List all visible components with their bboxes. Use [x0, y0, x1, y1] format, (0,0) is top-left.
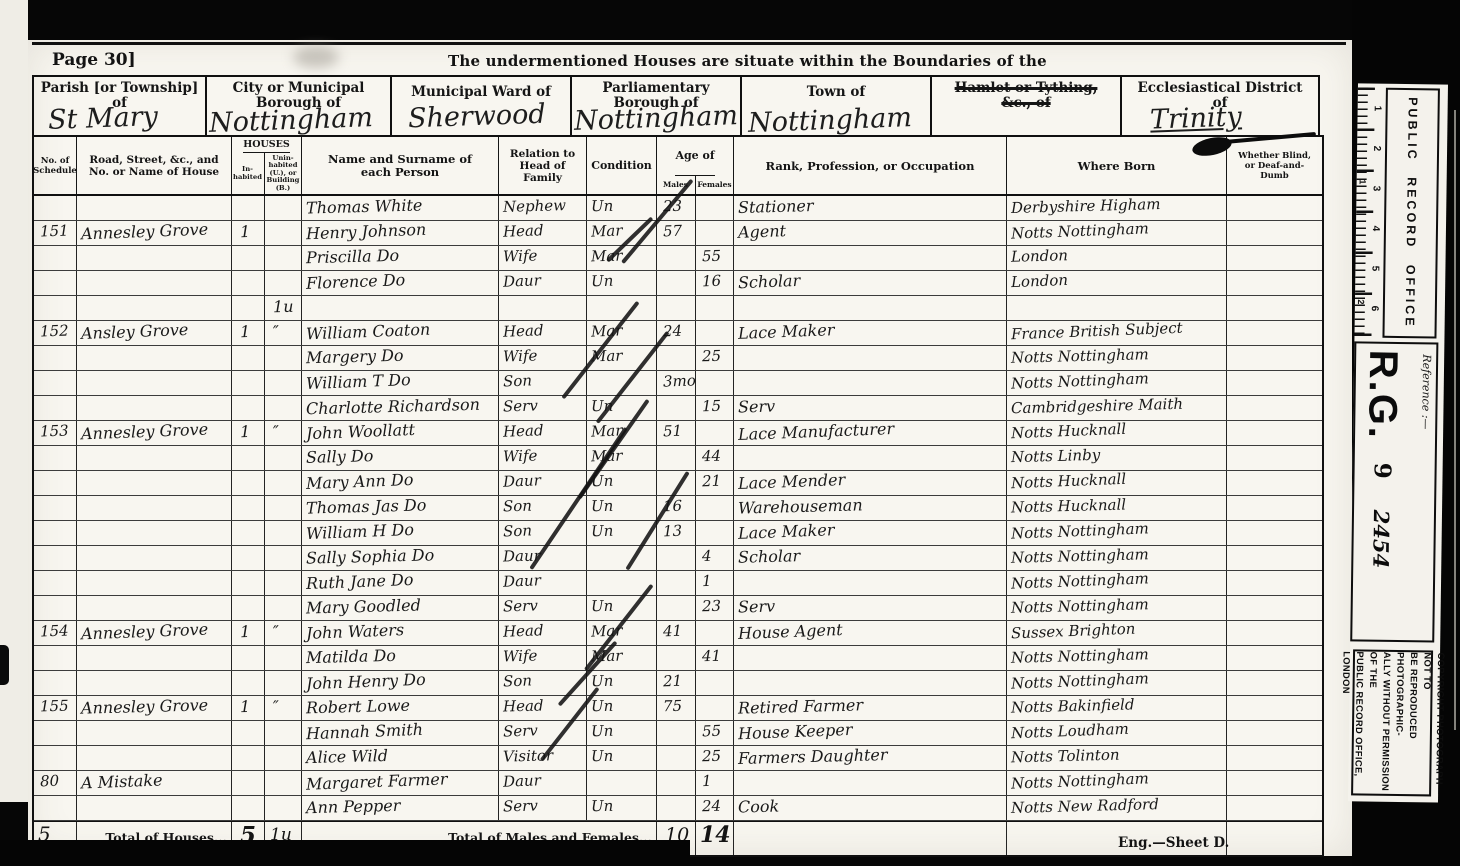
cell-name: Thomas Jas Do — [302, 496, 499, 520]
cell-occupation — [734, 346, 1007, 370]
cell-schedule — [34, 396, 77, 420]
ruler-number: 5 — [1369, 266, 1380, 272]
cell-born: Notts Loudham — [1007, 721, 1227, 745]
cell-age_m — [657, 246, 696, 270]
handwritten-name: Florence Do — [306, 270, 406, 293]
cell-blind — [1227, 596, 1322, 620]
handwritten-occupation: Warehouseman — [738, 495, 863, 517]
cell-born: France British Subject — [1007, 321, 1227, 345]
cell-relation: Daur — [499, 771, 587, 795]
cell-inh — [232, 571, 265, 595]
cell-age_f — [696, 671, 734, 695]
cell-road — [77, 396, 232, 420]
field-label: Municipal Ward of — [405, 85, 557, 100]
cell-name: Matilda Do — [302, 646, 499, 670]
cell-uninh: 1u — [265, 296, 302, 320]
cell-age_m — [657, 571, 696, 595]
cell-inh — [232, 646, 265, 670]
cell-born: Notts Linby — [1007, 446, 1227, 470]
cell-born: Sussex Brighton — [1007, 621, 1227, 645]
cell-age_m: 57 — [657, 221, 696, 245]
cell-inh — [232, 346, 265, 370]
handwritten-schedule: 153 — [40, 421, 69, 440]
handwritten-born: Notts Nottingham — [1011, 595, 1149, 617]
cell-condition — [587, 546, 657, 570]
cell-uninh — [265, 271, 302, 295]
field-ecclesiastical-district: Ecclesiastical District of Trinity — [1122, 77, 1318, 135]
cell-occupation: Warehouseman — [734, 496, 1007, 520]
handwritten-born: Notts New Radford — [1011, 795, 1159, 817]
cell-occupation: Lace Mender — [734, 471, 1007, 495]
handwritten-relation: Head — [503, 421, 544, 441]
cell-inh — [232, 771, 265, 795]
scan-edge-bottom — [0, 840, 690, 866]
cell-name: John Henry Do — [302, 671, 499, 695]
cell-occupation: Lace Maker — [734, 321, 1007, 345]
cell-uninh — [265, 721, 302, 745]
cell-blind — [1227, 621, 1322, 645]
cell-born: Notts Nottingham — [1007, 371, 1227, 395]
cell-born: Notts Nottingham — [1007, 571, 1227, 595]
cell-occupation: Retired Farmer — [734, 696, 1007, 720]
cell-relation: Wife — [499, 646, 587, 670]
cell-blind — [1227, 571, 1322, 595]
handwritten-born: Notts Loudham — [1011, 720, 1129, 743]
cell-age_f: 44 — [696, 446, 734, 470]
cell-relation: Serv — [499, 721, 587, 745]
cell-schedule — [34, 271, 77, 295]
cell-born: Notts Nottingham — [1007, 221, 1227, 245]
cell-road — [77, 571, 232, 595]
handwritten-age_m: 21 — [663, 672, 683, 691]
cell-inh — [232, 271, 265, 295]
cell-schedule — [34, 296, 77, 320]
handwritten-born: Notts Nottingham — [1011, 569, 1149, 592]
cell-uninh: ″ — [265, 696, 302, 720]
header-schedule: No. of Schedule — [34, 137, 77, 194]
cell-schedule — [34, 346, 77, 370]
field-label: Town of — [801, 85, 871, 100]
handwritten-relation: Daur — [503, 771, 541, 790]
cell-age_f: 25 — [696, 746, 734, 770]
cell-schedule — [34, 571, 77, 595]
ruler-number: 1 — [1372, 106, 1383, 112]
handwritten-value: Nottingham — [748, 102, 913, 139]
cell-schedule — [34, 496, 77, 520]
handwritten-condition: Un — [591, 797, 614, 816]
table-row: Charlotte RichardsonServUn15ServCambridg… — [34, 396, 1322, 421]
cell-occupation — [734, 296, 1007, 320]
cell-name: Thomas White — [302, 196, 499, 220]
handwritten-name: John Woollatt — [306, 420, 416, 443]
cell-relation: Serv — [499, 396, 587, 420]
table-row: 1u — [34, 296, 1322, 321]
cell-road — [77, 346, 232, 370]
cell-relation: Serv — [499, 796, 587, 820]
cell-uninh — [265, 596, 302, 620]
cell-age_f: 1 — [696, 771, 734, 795]
table-row: Thomas Jas DoSonUn16WarehousemanNotts Hu… — [34, 496, 1322, 521]
handwritten-age_f: 44 — [702, 447, 722, 465]
cell-age_f — [696, 496, 734, 520]
cell-relation: Nephew — [499, 196, 587, 220]
cell-inh — [232, 596, 265, 620]
series-code: R.G. — [1360, 349, 1405, 440]
cell-road — [77, 446, 232, 470]
handwritten-name: Margery Do — [306, 346, 404, 368]
cell-name: Henry Johnson — [302, 221, 499, 245]
handwritten-name: Ann Pepper — [306, 796, 401, 817]
cell-uninh — [265, 671, 302, 695]
handwritten-born: Notts Nottingham — [1011, 519, 1149, 542]
handwritten-road: Ansley Grove — [81, 320, 189, 343]
handwritten-value: Nottingham — [574, 100, 739, 137]
handwritten-condition: Un — [591, 497, 614, 516]
cell-road: Annesley Grove — [77, 221, 232, 245]
cell-road: Ansley Grove — [77, 321, 232, 345]
cell-born — [1007, 296, 1227, 320]
cell-born: Notts New Radford — [1007, 796, 1227, 820]
cell-occupation: Lace Maker — [734, 521, 1007, 545]
handwritten-occupation: Serv — [738, 397, 776, 417]
table-row: Alice WildVisitorUn25Farmers DaughterNot… — [34, 746, 1322, 771]
ruler-number: 4 — [1370, 226, 1381, 232]
cell-relation: Son — [499, 521, 587, 545]
cell-name: John Woollatt — [302, 421, 499, 445]
handwritten-name: William Coaton — [306, 320, 431, 344]
cell-schedule — [34, 521, 77, 545]
handwritten-relation: Serv — [503, 397, 538, 416]
handwritten-born: Notts Hucknall — [1011, 495, 1127, 516]
header-name: Name and Surname of each Person — [302, 137, 499, 194]
header-uninhabited: Unin-habited (U.), or Building (B.) — [265, 153, 302, 194]
table-row: 153Annesley Grove1″John WoollattHeadMar5… — [34, 421, 1322, 446]
handwritten-relation: Daur — [503, 571, 541, 590]
ruler-cm-number: 1 — [1358, 179, 1368, 184]
cell-occupation: Agent — [734, 221, 1007, 245]
cell-age_f: 15 — [696, 396, 734, 420]
handwritten-relation: Nephew — [503, 196, 566, 216]
cell-uninh — [265, 396, 302, 420]
header-occupation: Rank, Profession, or Occupation — [734, 137, 1007, 194]
cell-blind — [1227, 746, 1322, 770]
cell-age_m — [657, 446, 696, 470]
handwritten-born: Notts Hucknall — [1011, 470, 1127, 492]
cell-name: Mary Ann Do — [302, 471, 499, 495]
cell-relation: Wife — [499, 346, 587, 370]
cell-born: Derbyshire Higham — [1007, 196, 1227, 220]
field-municipal-ward: Municipal Ward of Sherwood — [392, 77, 572, 135]
cell-name — [302, 296, 499, 320]
reference-label: Reference :— — [1419, 354, 1433, 429]
cell-occupation — [734, 571, 1007, 595]
table-row: Margery DoWifeMar25Notts Nottingham — [34, 346, 1322, 371]
handwritten-age_f: 25 — [702, 747, 722, 765]
cell-blind — [1227, 471, 1322, 495]
cell-blind — [1227, 771, 1322, 795]
sheet-designation: Eng.—Sheet D. — [1118, 835, 1229, 851]
cell-inh — [232, 396, 265, 420]
cell-occupation — [734, 771, 1007, 795]
handwritten-born: London — [1011, 246, 1068, 265]
enumeration-table: No. of Schedule Road, Street, &c., and N… — [32, 135, 1324, 857]
cell-uninh — [265, 521, 302, 545]
cell-road — [77, 271, 232, 295]
handwritten-born: Notts Nottingham — [1011, 669, 1149, 692]
cell-schedule — [34, 471, 77, 495]
cell-uninh: ″ — [265, 321, 302, 345]
cell-name: Priscilla Do — [302, 246, 499, 270]
handwritten-relation: Serv — [503, 597, 538, 616]
handwritten-name: Ruth Jane Do — [306, 570, 414, 593]
cell-road — [77, 371, 232, 395]
piece-number: 2454 — [1368, 510, 1394, 569]
total-females-value: 14 — [700, 822, 731, 848]
ruler: 1 2 3 4 5 6 1 2 — [1354, 83, 1384, 345]
cell-age_m — [657, 296, 696, 320]
cell-born: Cambridgeshire Maith — [1007, 396, 1227, 420]
cell-occupation: Cook — [734, 796, 1007, 820]
table-row: 151Annesley Grove1Henry JohnsonHeadMar57… — [34, 221, 1322, 246]
handwritten-name: Sally Sophia Do — [306, 545, 435, 567]
cell-occupation: Farmers Daughter — [734, 746, 1007, 770]
handwritten-born: Sussex Brighton — [1011, 620, 1136, 643]
cell-name: Ruth Jane Do — [302, 571, 499, 595]
header-relation: Relation to Head of Family — [499, 137, 587, 194]
handwritten-condition: Un — [591, 522, 614, 541]
cell-blind — [1227, 321, 1322, 345]
cell-age_m — [657, 271, 696, 295]
cell-blind — [1227, 546, 1322, 570]
handwritten-name: Matilda Do — [306, 646, 396, 667]
cell-occupation: Serv — [734, 396, 1007, 420]
cell-uninh — [265, 571, 302, 595]
table-row: 80A MistakeMargaret FarmerDaur1Notts Not… — [34, 771, 1322, 796]
cell-uninh — [265, 346, 302, 370]
handwritten-age_f: 41 — [702, 647, 722, 665]
handwritten-born: London — [1011, 271, 1069, 291]
cell-name: Sally Do — [302, 446, 499, 470]
field-municipal-borough: City or Municipal Borough of Nottingham — [207, 77, 392, 135]
handwritten-age_m: 75 — [663, 697, 683, 715]
cell-name: Margery Do — [302, 346, 499, 370]
table-row: Ann PepperServUn24CookNotts New Radford — [34, 796, 1322, 821]
table-row: Matilda DoWifeMar41Notts Nottingham — [34, 646, 1322, 671]
header-road: Road, Street, &c., and No. or Name of Ho… — [77, 137, 232, 194]
handwritten-age_m: 13 — [663, 522, 683, 541]
handwritten-age_f: 1 — [702, 572, 712, 590]
cell-occupation: House Agent — [734, 621, 1007, 645]
cell-road — [77, 721, 232, 745]
header-condition: Condition — [587, 137, 657, 194]
census-rows: Thomas WhiteNephewUn23StationerDerbyshir… — [34, 196, 1322, 821]
handwritten-schedule: 154 — [40, 621, 69, 640]
cell-road: Annesley Grove — [77, 621, 232, 645]
cell-condition: Un — [587, 196, 657, 220]
handwritten-name: Mary Ann Do — [306, 470, 414, 493]
handwritten-inh: 1 — [240, 222, 251, 241]
cell-name: Hannah Smith — [302, 721, 499, 745]
cell-inh — [232, 471, 265, 495]
cell-condition: Un — [587, 746, 657, 770]
cell-age_m — [657, 396, 696, 420]
handwritten-name: Henry Johnson — [306, 220, 427, 244]
cell-schedule: 154 — [34, 621, 77, 645]
handwritten-name: Priscilla Do — [306, 246, 400, 267]
cell-relation: Daur — [499, 271, 587, 295]
cell-inh: 1 — [232, 696, 265, 720]
cell-age_f: 16 — [696, 271, 734, 295]
cell-uninh: ″ — [265, 421, 302, 445]
cell-occupation: Scholar — [734, 546, 1007, 570]
cell-inh: 1 — [232, 421, 265, 445]
census-page: Page 30] The undermentioned Houses are s… — [28, 40, 1352, 856]
handwritten-born: Notts Hucknall — [1011, 420, 1127, 442]
cell-relation: Head — [499, 421, 587, 445]
cell-inh: 1 — [232, 221, 265, 245]
cell-age_f — [696, 696, 734, 720]
handwritten-born: Cambridgeshire Maith — [1011, 395, 1183, 417]
reference-number: R.G. 9 2454 — [1357, 349, 1405, 568]
handwritten-relation: Wife — [503, 247, 538, 266]
cell-uninh — [265, 496, 302, 520]
table-row: 154Annesley Grove1″John WatersHeadMar41H… — [34, 621, 1322, 646]
cell-age_f: 4 — [696, 546, 734, 570]
handwritten-uninh: ″ — [273, 622, 280, 641]
handwritten-inh: 1 — [240, 322, 251, 341]
cell-inh — [232, 546, 265, 570]
cell-age_m — [657, 721, 696, 745]
cell-road — [77, 746, 232, 770]
cell-age_m — [657, 546, 696, 570]
handwritten-relation: Head — [503, 696, 544, 715]
cell-condition: Un — [587, 796, 657, 820]
page-number: Page 30] — [52, 50, 136, 70]
handwritten-value: Trinity — [1149, 101, 1242, 135]
cell-schedule — [34, 796, 77, 820]
handwritten-value: Nottingham — [209, 102, 374, 139]
handwritten-value: Sherwood — [408, 99, 547, 135]
cell-schedule — [34, 746, 77, 770]
handwritten-value: St Mary — [47, 101, 158, 136]
handwritten-condition: Un — [591, 197, 614, 216]
cell-age_m — [657, 796, 696, 820]
cell-relation: Wife — [499, 246, 587, 270]
cell-born: Notts Bakinfield — [1007, 696, 1227, 720]
cell-blind — [1227, 696, 1322, 720]
cell-inh — [232, 246, 265, 270]
handwritten-occupation: Lace Maker — [738, 520, 835, 543]
ruler-number: 6 — [1369, 306, 1380, 312]
cell-blind — [1227, 371, 1322, 395]
series-volume: 9 — [1368, 463, 1395, 479]
cell-blind — [1227, 446, 1322, 470]
field-hamlet: Hamlet or Tything, &c., of — [932, 77, 1122, 135]
handwritten-age_m: 3mo — [663, 371, 696, 390]
cell-schedule: 153 — [34, 421, 77, 445]
handwritten-age_f: 16 — [702, 272, 722, 291]
cell-condition: Un — [587, 496, 657, 520]
handwritten-age_f: 55 — [702, 722, 722, 741]
handwritten-condition: Un — [591, 722, 614, 741]
handwritten-name: Hannah Smith — [306, 720, 424, 743]
handwritten-condition: Un — [591, 747, 614, 766]
cell-blind — [1227, 221, 1322, 245]
cell-condition — [587, 771, 657, 795]
cell-name: Florence Do — [302, 271, 499, 295]
cell-road: Annesley Grove — [77, 421, 232, 445]
cell-schedule: 80 — [34, 771, 77, 795]
header-age: Age of Males Females — [657, 137, 734, 194]
cell-born: Notts Tolinton — [1007, 746, 1227, 770]
cell-occupation: Stationer — [734, 196, 1007, 220]
handwritten-name: William T Do — [306, 370, 411, 393]
cell-uninh — [265, 246, 302, 270]
film-edge-line — [1454, 110, 1456, 730]
handwritten-age_f: 4 — [702, 547, 712, 565]
handwritten-age_m: 51 — [663, 422, 683, 441]
table-row: William H DoSonUn13Lace MakerNotts Notti… — [34, 521, 1322, 546]
cell-road — [77, 246, 232, 270]
cell-occupation — [734, 671, 1007, 695]
cell-blind — [1227, 271, 1322, 295]
cell-age_m: 51 — [657, 421, 696, 445]
cell-road — [77, 796, 232, 820]
handwritten-inh: 1 — [240, 697, 251, 716]
cell-name: William T Do — [302, 371, 499, 395]
cell-age_m: 3mo — [657, 371, 696, 395]
table-row: Hannah SmithServUn55House KeeperNotts Lo… — [34, 721, 1322, 746]
cell-age_f: 21 — [696, 471, 734, 495]
cell-blind — [1227, 646, 1322, 670]
cell-age_f — [696, 196, 734, 220]
handwritten-name: Alice Wild — [306, 746, 388, 767]
handwritten-occupation: Cook — [738, 796, 780, 816]
ruler-number: 3 — [1371, 186, 1382, 192]
cell-age_m: 75 — [657, 696, 696, 720]
cell-name: Margaret Farmer — [302, 771, 499, 795]
table-row: 155Annesley Grove1″Robert LoweHeadUn75Re… — [34, 696, 1322, 721]
handwritten-occupation: Scholar — [738, 546, 801, 567]
cell-occupation: Scholar — [734, 271, 1007, 295]
cell-age_m — [657, 346, 696, 370]
cell-schedule — [34, 596, 77, 620]
cell-born: Notts Nottingham — [1007, 596, 1227, 620]
cell-blind — [1227, 296, 1322, 320]
cell-born: Notts Nottingham — [1007, 346, 1227, 370]
handwritten-condition: Un — [591, 272, 614, 291]
cell-born: Notts Nottingham — [1007, 671, 1227, 695]
handwritten-relation: Wife — [503, 447, 538, 466]
cell-condition: Un — [587, 696, 657, 720]
cell-uninh — [265, 371, 302, 395]
handwritten-born: Notts Nottingham — [1011, 219, 1149, 242]
cell-name: William Coaton — [302, 321, 499, 345]
cell-uninh — [265, 546, 302, 570]
handwritten-born: Notts Nottingham — [1011, 645, 1149, 667]
cell-occupation: House Keeper — [734, 721, 1007, 745]
cell-name: William H Do — [302, 521, 499, 545]
cell-inh — [232, 196, 265, 220]
cell-blind — [1227, 396, 1322, 420]
cell-schedule: 155 — [34, 696, 77, 720]
handwritten-name: Thomas White — [306, 195, 423, 217]
handwritten-relation: Head — [503, 621, 544, 641]
cell-blind — [1227, 671, 1322, 695]
table-row: Priscilla DoWifeMar55London — [34, 246, 1322, 271]
cell-uninh — [265, 196, 302, 220]
cell-age_f: 41 — [696, 646, 734, 670]
